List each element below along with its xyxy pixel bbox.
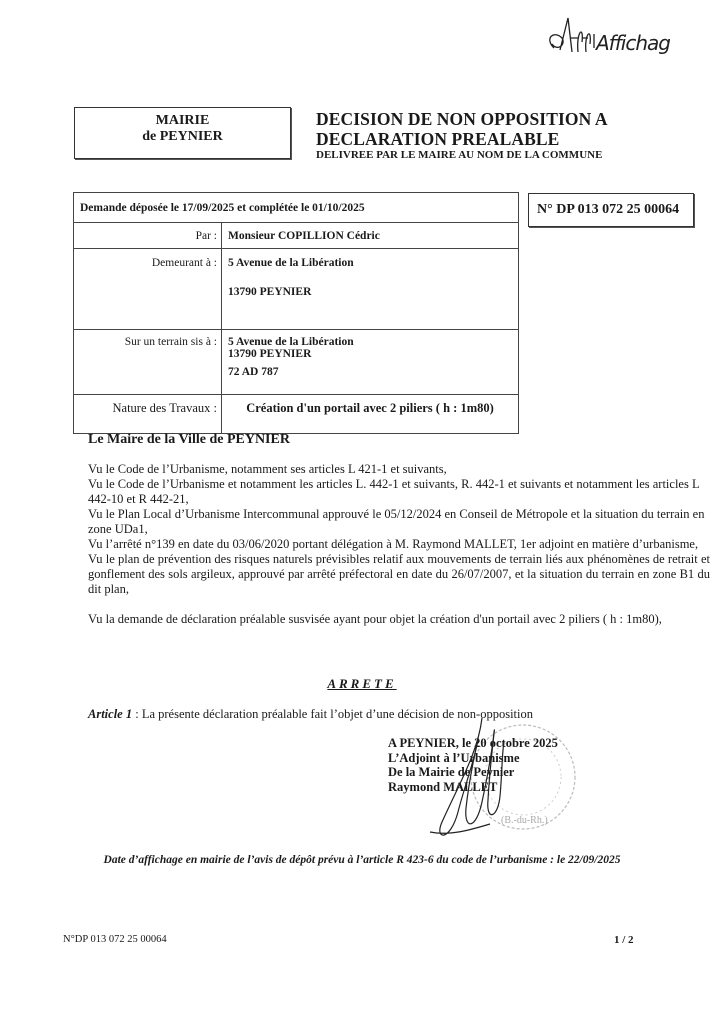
table-row-applicant: Par : Monsieur COPILLION Cédric [74,223,519,249]
handwritten-signature [420,712,520,844]
considerant-3: Vu le Plan Local d’Urbanisme Intercommun… [88,507,710,537]
residence-street: 5 Avenue de la Libération [228,257,512,269]
residence-city: 13790 PEYNIER [228,286,512,298]
article-1-label: Article 1 [88,707,132,721]
maire-heading: Le Maire de la Ville de PEYNIER [88,432,290,448]
works-label: Nature des Travaux : [74,395,222,434]
affichage-date-note: Date d’affichage en mairie de l’avis de … [0,854,724,866]
title-line-2: DECLARATION PREALABLE [316,129,608,149]
applicant-value: Monsieur COPILLION Cédric [222,223,519,249]
land-value: 5 Avenue de la Libération 13790 PEYNIER … [222,330,519,395]
works-value: Création d'un portail avec 2 piliers ( h… [222,395,519,434]
table-row-residence: Demeurant à : 5 Avenue de la Libération … [74,249,519,330]
land-label: Sur un terrain sis à : [74,330,222,395]
land-parcel: 72 AD 787 [228,366,512,378]
land-city: 13790 PEYNIER [228,348,512,360]
considerant-2: Vu le Code de l’Urbanisme et notamment l… [88,477,710,507]
applicant-label: Par : [74,223,222,249]
considerant-1: Vu le Code de l’Urbanisme, notamment ses… [88,462,710,477]
title-line-1: DECISION DE NON OPPOSITION A [316,109,608,129]
handwritten-affichage-annotation: Affichage [540,8,670,68]
mairie-box: MAIRIE de PEYNIER [74,107,291,159]
table-row-request-date: Demande déposée le 17/09/2025 et complét… [74,193,519,223]
residence-label: Demeurant à : [74,249,222,330]
residence-value: 5 Avenue de la Libération 13790 PEYNIER [222,249,519,330]
land-street: 5 Avenue de la Libération [228,336,512,348]
considerant-4: Vu l’arrêté n°139 en date du 03/06/2020 … [88,537,710,552]
considerant-demande: Vu la demande de déclaration préalable s… [88,612,710,627]
footer-reference: N°DP 013 072 25 00064 [63,934,167,945]
request-date-cell: Demande déposée le 17/09/2025 et complét… [74,193,519,223]
mairie-commune: de PEYNIER [75,129,290,145]
arrete-heading: ARRETE [0,676,724,692]
page-number: 1 / 2 [614,934,634,946]
dossier-number-box: N° DP 013 072 25 00064 [528,193,694,227]
request-details-table: Demande déposée le 17/09/2025 et complét… [73,192,519,434]
title-subtitle: DELIVREE PAR LE MAIRE AU NOM DE LA COMMU… [316,149,608,162]
considerants: Vu le Code de l’Urbanisme, notamment ses… [88,462,710,627]
table-row-works: Nature des Travaux : Création d'un porta… [74,395,519,434]
document-title: DECISION DE NON OPPOSITION A DECLARATION… [316,109,608,162]
considerant-5: Vu le plan de prévention des risques nat… [88,552,710,597]
mairie-label: MAIRIE [75,113,290,129]
table-row-land: Sur un terrain sis à : 5 Avenue de la Li… [74,330,519,395]
svg-text:Affichage: Affichage [594,31,670,55]
